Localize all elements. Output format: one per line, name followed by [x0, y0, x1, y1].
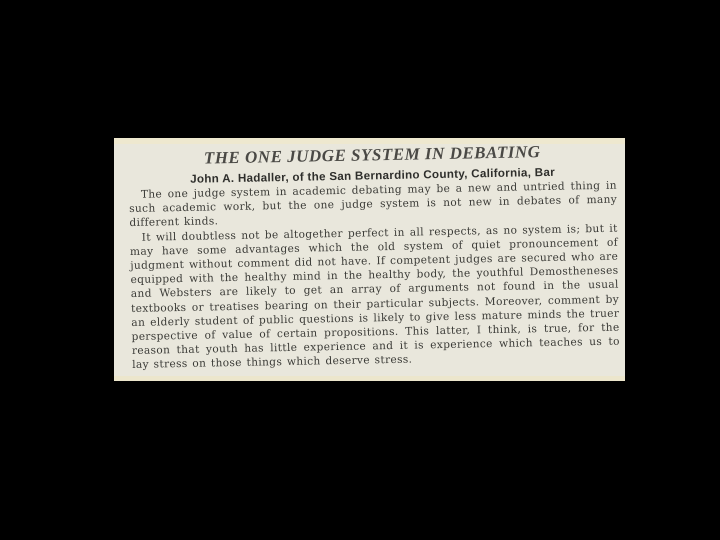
newspaper-clipping: THE ONE JUDGE SYSTEM IN DEBATING John A.…: [114, 138, 625, 381]
article: THE ONE JUDGE SYSTEM IN DEBATING John A.…: [128, 139, 620, 373]
article-paragraph-2: It will doubtless not be altogether perf…: [130, 221, 621, 372]
